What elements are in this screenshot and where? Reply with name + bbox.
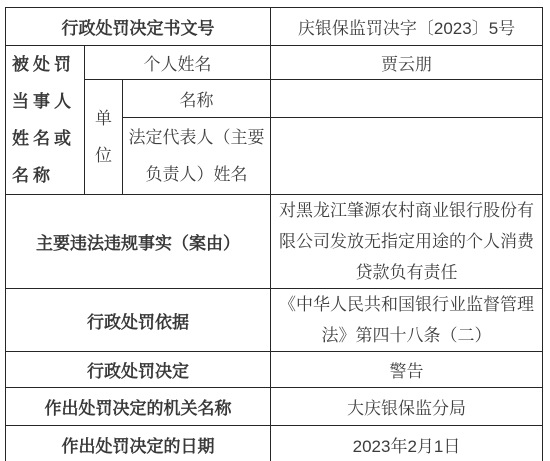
facts-value: 对黑龙江肇源农村商业银行股份有限公司发放无指定用途的个人消费贷款负有责任 xyxy=(271,195,543,289)
row-facts: 主要违法违规事实（案由） 对黑龙江肇源农村商业银行股份有限公司发放无指定用途的个… xyxy=(6,195,543,289)
org-name-value xyxy=(271,80,543,118)
authority-label: 作出处罚决定的机关名称 xyxy=(6,388,271,426)
org-name-label: 名称 xyxy=(123,80,271,118)
penalty-decision-table: 行政处罚决定书文号 庆银保监罚决字〔2023〕5号 被处罚当事人姓名或名称 个人… xyxy=(5,7,543,461)
legal-rep-value xyxy=(271,118,543,195)
row-date: 作出处罚决定的日期 2023年2月1日 xyxy=(6,426,543,461)
personal-name-value: 贾云朋 xyxy=(271,46,543,80)
decision-label: 行政处罚决定 xyxy=(6,352,271,388)
unit-label-text: 单位 xyxy=(95,100,113,174)
row-basis: 行政处罚依据 《中华人民共和国银行业监督管理法》第四十八条（二） xyxy=(6,289,543,352)
basis-label: 行政处罚依据 xyxy=(6,289,271,352)
doc-no-value: 庆银保监罚决字〔2023〕5号 xyxy=(271,8,543,46)
facts-label: 主要违法违规事实（案由） xyxy=(6,195,271,289)
row-personal-name: 被处罚当事人姓名或名称 个人姓名 贾云朋 xyxy=(6,46,543,80)
row-authority: 作出处罚决定的机关名称 大庆银保监分局 xyxy=(6,388,543,426)
row-decision: 行政处罚决定 警告 xyxy=(6,352,543,388)
date-label: 作出处罚决定的日期 xyxy=(6,426,271,461)
doc-no-label: 行政处罚决定书文号 xyxy=(6,8,271,46)
penalty-decision-page: 行政处罚决定书文号 庆银保监罚决字〔2023〕5号 被处罚当事人姓名或名称 个人… xyxy=(0,0,550,461)
basis-value: 《中华人民共和国银行业监督管理法》第四十八条（二） xyxy=(271,289,543,352)
party-label: 被处罚当事人姓名或名称 xyxy=(6,46,85,195)
authority-value: 大庆银保监分局 xyxy=(271,388,543,426)
decision-value: 警告 xyxy=(271,352,543,388)
row-doc-no: 行政处罚决定书文号 庆银保监罚决字〔2023〕5号 xyxy=(6,8,543,46)
unit-label: 单位 xyxy=(85,80,123,195)
party-label-text: 被处罚当事人姓名或名称 xyxy=(12,46,78,194)
personal-name-label: 个人姓名 xyxy=(85,46,271,80)
row-org-name: 单位 名称 xyxy=(6,80,543,118)
legal-rep-label: 法定代表人（主要负责人）姓名 xyxy=(123,118,271,195)
date-value: 2023年2月1日 xyxy=(271,426,543,461)
